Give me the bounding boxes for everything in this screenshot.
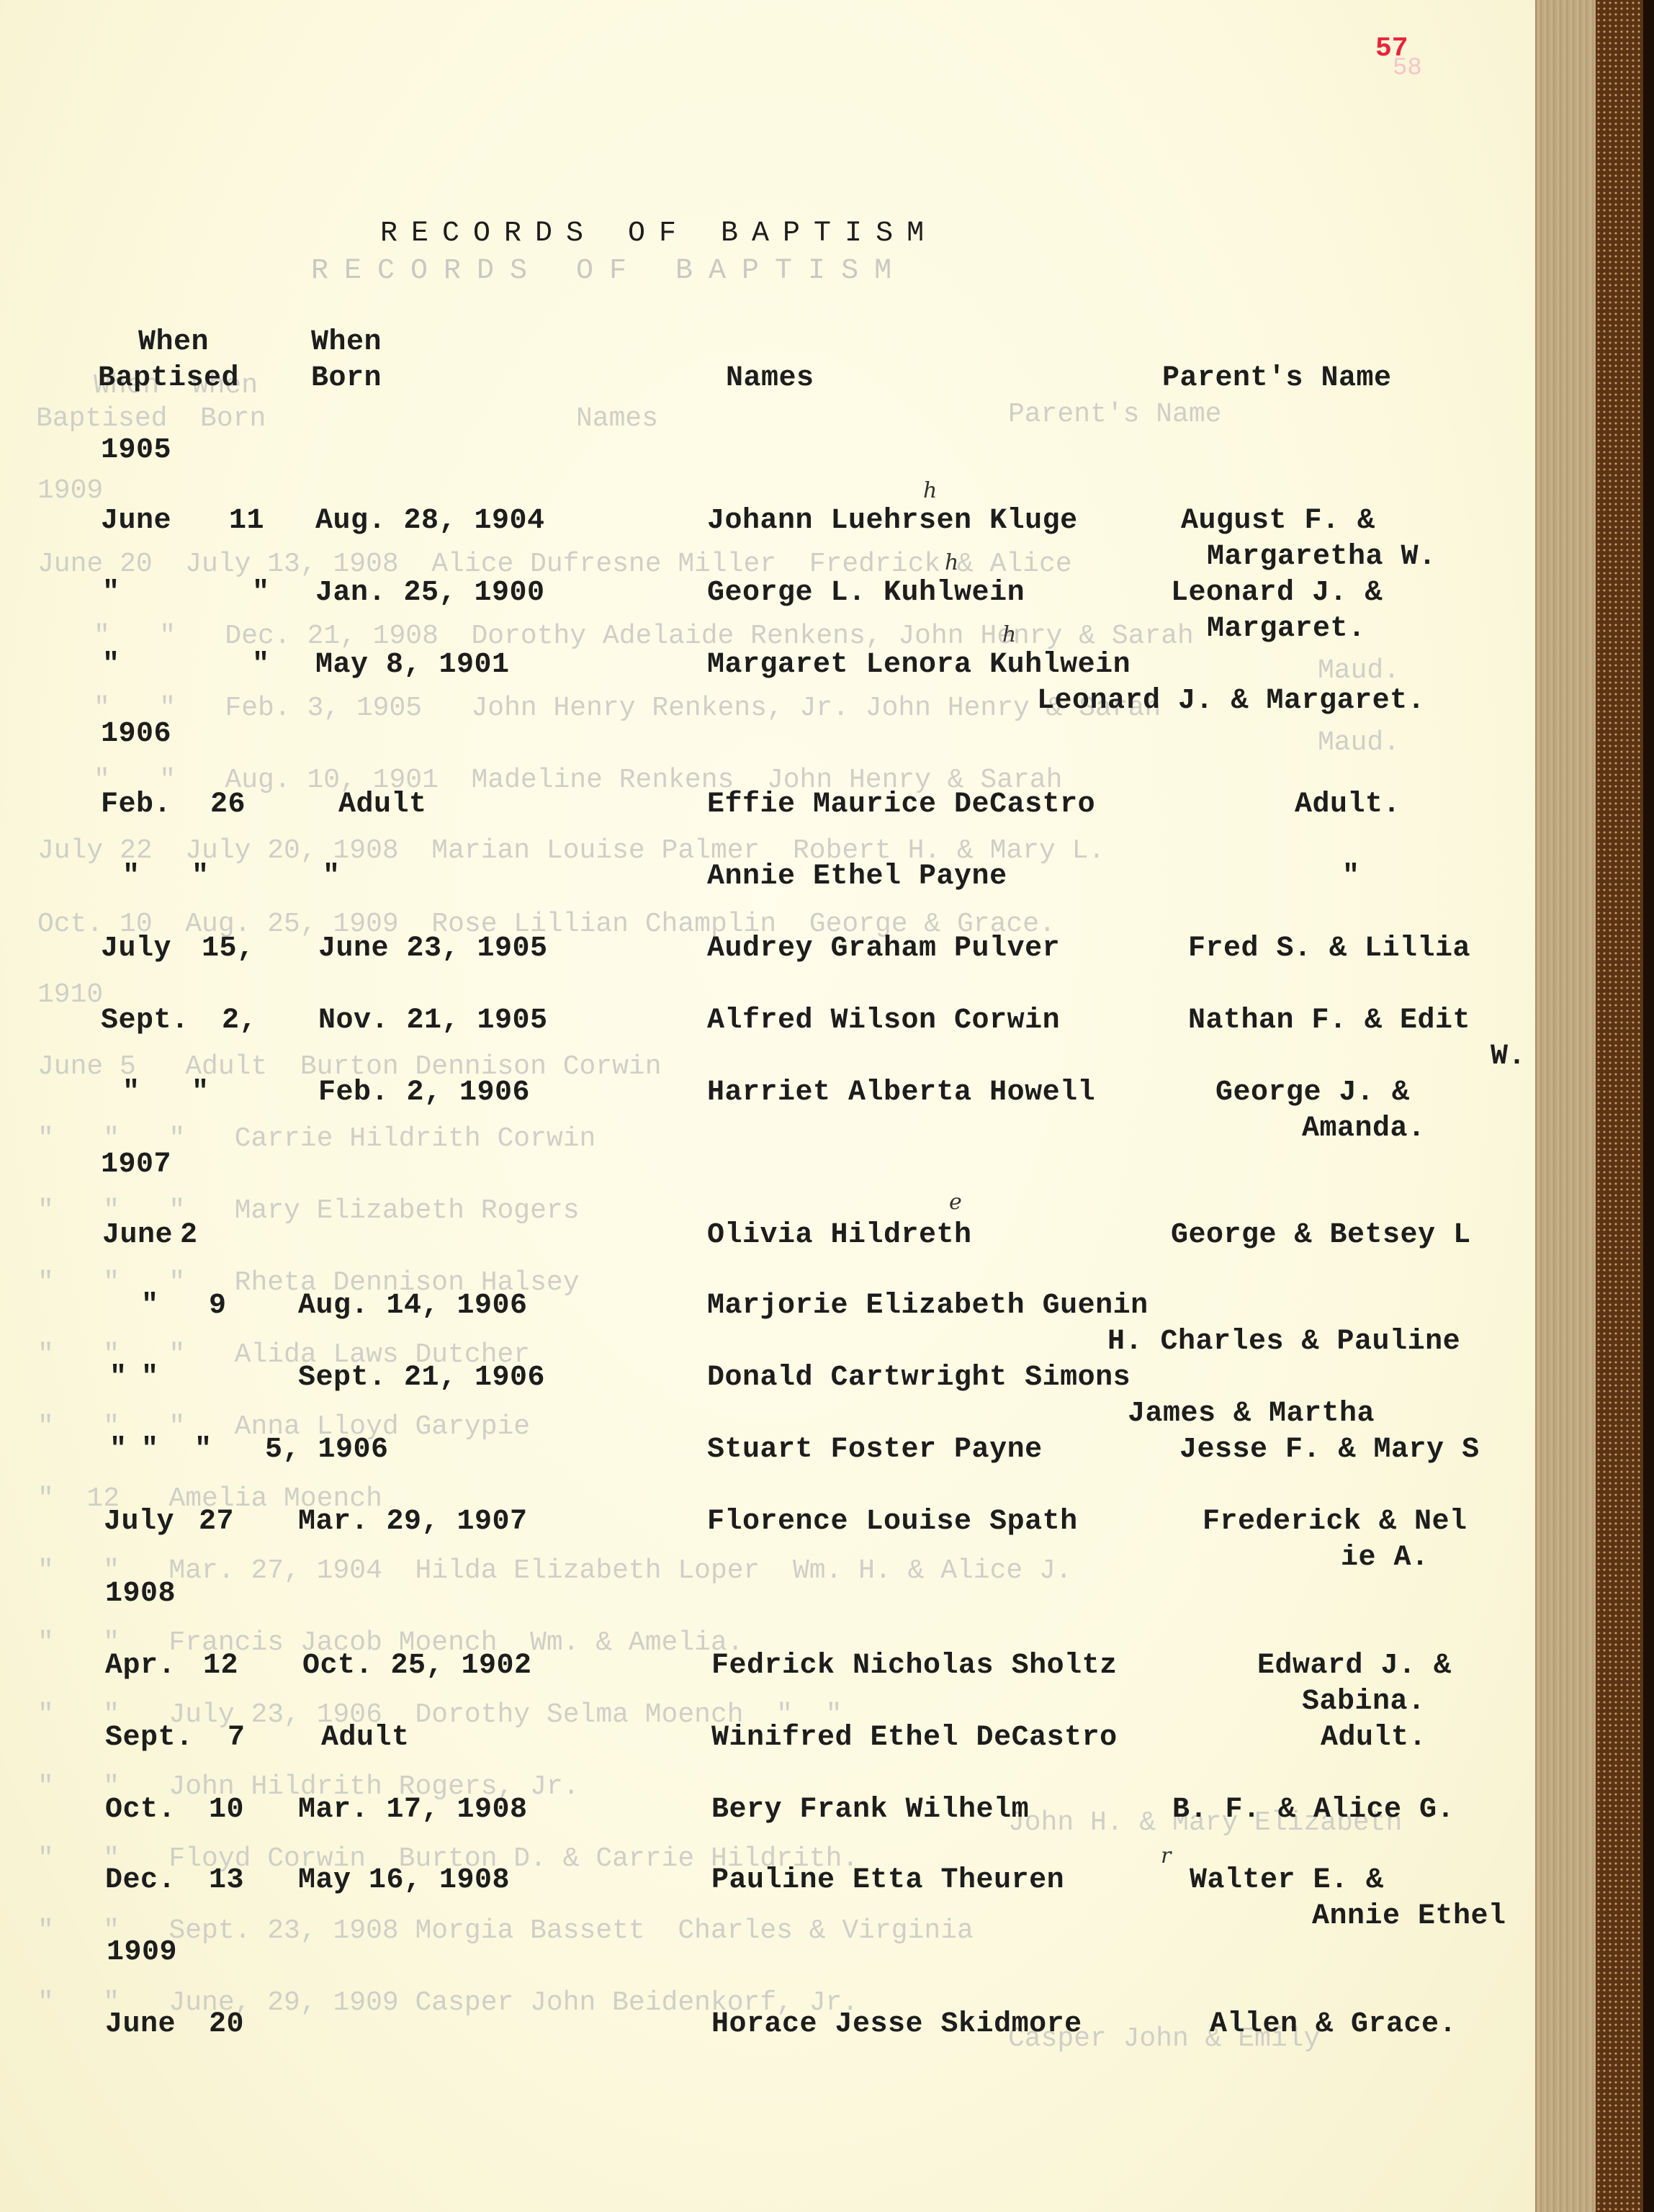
record-parents: Sabina.	[1302, 1685, 1426, 1719]
record-baptised-day: 15,	[202, 932, 255, 966]
record-baptised-month: Apr.	[105, 1649, 176, 1683]
page-title: RECORDS OF BAPTISM	[380, 217, 938, 250]
handwritten-correction: e	[949, 1190, 962, 1215]
record-parents: ie A.	[1341, 1541, 1429, 1575]
record-parents: "	[1342, 860, 1360, 894]
bleed-page-number: 58	[1393, 55, 1422, 82]
record-born: " 5, 1906	[194, 1433, 389, 1467]
record-parents: Margaretha W.	[1207, 540, 1437, 575]
year-heading: 1908	[105, 1577, 176, 1611]
header-names: Names	[726, 361, 814, 396]
header-when-born-1: When	[311, 325, 382, 360]
header-when-baptised-1: When	[138, 325, 209, 360]
record-parents: Allen & Grace.	[1210, 2008, 1457, 2042]
record-baptised-day: "	[192, 860, 210, 894]
bleed-line: Maud.	[1318, 727, 1400, 759]
record-born: Mar. 17, 1908	[298, 1793, 528, 1827]
record-parents: Adult.	[1295, 788, 1401, 822]
record-baptised-day: "	[252, 576, 270, 611]
record-name: Stuart Foster Payne	[707, 1433, 1043, 1467]
record-baptised-month: Feb.	[101, 788, 171, 822]
header-when-baptised-2: Baptised	[98, 361, 239, 396]
record-baptised-month: "	[102, 648, 120, 683]
record-baptised-day: 7	[228, 1721, 246, 1755]
record-born: Adult	[338, 788, 427, 822]
record-baptised-day: 2	[180, 1218, 198, 1253]
book-binding	[1596, 0, 1643, 2212]
bleed-line: " " Feb. 3, 1905 John Henry Renkens, Jr.…	[94, 693, 1161, 724]
record-born: Aug. 28, 1904	[315, 504, 545, 539]
record-parents: Fred S. & Lillia	[1188, 932, 1470, 966]
record-parents: W.	[1491, 1040, 1526, 1074]
record-parents: Adult.	[1321, 1721, 1426, 1755]
record-name: Alfred Wilson Corwin	[707, 1004, 1060, 1038]
record-parents: George & Betsey L	[1171, 1218, 1471, 1253]
record-parents: August F. &	[1181, 504, 1375, 539]
record-baptised-day: 2,	[222, 1004, 257, 1038]
record-parents: Margaret.	[1207, 612, 1366, 647]
record-parents: George J. &	[1215, 1076, 1410, 1110]
record-baptised-month: "	[109, 1433, 127, 1467]
record-baptised-day: 11	[229, 504, 264, 539]
record-baptised-month: July	[101, 932, 171, 966]
year-heading: 1907	[101, 1148, 171, 1182]
record-name: Bery Frank Wilhelm	[711, 1793, 1029, 1827]
record-parents: James & Martha	[1128, 1397, 1375, 1431]
record-baptised-month: Sept.	[101, 1004, 189, 1038]
record-parents: Annie Ethel	[1312, 1899, 1506, 1934]
bleed-header-2: Baptised Born	[36, 403, 266, 435]
record-parents: Edward J. &	[1257, 1649, 1452, 1683]
page-edge-strip	[1535, 0, 1597, 2212]
record-baptised-day: 20	[209, 2008, 244, 2042]
record-parents: Walter E. &	[1190, 1863, 1384, 1898]
record-baptised-month: "	[109, 1361, 127, 1395]
record-born: Nov. 21, 1905	[318, 1004, 548, 1038]
record-name: Olivia Hildreth	[707, 1218, 972, 1253]
record-parents: Leonard J. & Margaret.	[1037, 684, 1425, 719]
record-parents: H. Charles & Pauline	[1107, 1325, 1460, 1359]
handwritten-correction: r	[1161, 1843, 1171, 1869]
record-name: Harriet Alberta Howell	[707, 1076, 1095, 1110]
record-baptised-day: 10	[209, 1793, 244, 1827]
record-born: Oct. 25, 1902	[302, 1649, 532, 1683]
record-born: Feb. 2, 1906	[318, 1076, 530, 1110]
record-name: Effie Maurice DeCastro	[707, 788, 1095, 822]
record-baptised-month: Dec.	[105, 1863, 176, 1898]
record-baptised-day: "	[252, 648, 270, 683]
record-baptised-day: 26	[210, 788, 246, 822]
record-born: Adult	[321, 1721, 410, 1755]
record-name: Florence Louise Spath	[707, 1505, 1078, 1539]
year-heading: 1905	[101, 433, 171, 468]
year-heading: 1906	[101, 717, 171, 752]
record-parents: B. F. & Alice G.	[1172, 1793, 1455, 1827]
record-born: Sept. 21, 1906	[298, 1361, 545, 1395]
record-born: May 8, 1901	[315, 648, 510, 683]
record-parents: Amanda.	[1302, 1112, 1426, 1146]
record-born: May 16, 1908	[298, 1863, 510, 1898]
bleed-line: 1909	[37, 475, 103, 507]
bleed-line: Maud.	[1318, 655, 1400, 687]
record-baptised-day: "	[192, 1076, 210, 1110]
record-name: George L. Kuhlwein	[707, 576, 1025, 611]
record-baptised-month: "	[122, 1076, 140, 1110]
record-baptised-month: "	[141, 1289, 159, 1323]
binding-edge	[1643, 0, 1654, 2212]
record-baptised-month: June	[101, 504, 171, 539]
record-baptised-day: 27	[199, 1505, 234, 1539]
bleed-header-4: Parent's Name	[1008, 399, 1221, 431]
record-born: "	[323, 860, 341, 894]
record-parents: Frederick & Nel	[1203, 1505, 1468, 1539]
record-baptised-day: 9	[209, 1289, 227, 1323]
record-born: Mar. 29, 1907	[298, 1505, 528, 1539]
record-name: Horace Jesse Skidmore	[711, 2008, 1082, 2042]
record-baptised-day: "	[141, 1433, 159, 1467]
record-baptised-day: "	[141, 1361, 159, 1395]
bleed-header-3: Names	[576, 403, 658, 435]
record-name: Marjorie Elizabeth Guenin	[707, 1289, 1149, 1323]
record-name: Fedrick Nicholas Sholtz	[711, 1649, 1118, 1683]
record-baptised-month: "	[102, 576, 120, 611]
record-name: Winifred Ethel DeCastro	[711, 1721, 1118, 1755]
record-parents: Nathan F. & Edit	[1188, 1004, 1470, 1038]
record-name: Annie Ethel Payne	[707, 860, 1007, 894]
record-born: June 23, 1905	[318, 932, 548, 966]
record-baptised-day: 12	[203, 1649, 238, 1683]
bleed-line: " " Sept. 23, 1908 Morgia Bassett Charle…	[37, 1915, 974, 1947]
record-baptised-month: June	[105, 2008, 176, 2042]
record-name: Audrey Graham Pulver	[707, 932, 1060, 966]
record-born: Jan. 25, 1900	[315, 576, 545, 611]
record-baptised-month: Sept.	[105, 1721, 194, 1755]
handwritten-correction: h	[945, 550, 958, 575]
header-parents-name: Parent's Name	[1162, 361, 1392, 396]
record-baptised-month: June	[102, 1218, 173, 1253]
record-parents: Leonard J. &	[1171, 576, 1383, 611]
record-name: Donald Cartwright Simons	[707, 1361, 1131, 1395]
handwritten-correction: h	[1002, 622, 1016, 647]
record-baptised-month: "	[122, 860, 140, 894]
header-when-born-2: Born	[311, 361, 382, 396]
record-born: Aug. 14, 1906	[298, 1289, 528, 1323]
record-baptised-month: Oct.	[105, 1793, 176, 1827]
year-heading: 1909	[107, 1935, 177, 1970]
handwritten-correction: h	[923, 478, 937, 503]
record-name: Johann Luehrsen Kluge	[707, 504, 1078, 539]
record-parents: Jesse F. & Mary S	[1179, 1433, 1480, 1467]
record-baptised-month: July	[104, 1505, 174, 1539]
bleed-title: RECORDS OF BAPTISM	[311, 255, 907, 287]
record-name: Margaret Lenora Kuhlwein	[707, 648, 1131, 683]
record-baptised-day: 13	[209, 1863, 244, 1898]
bleed-line: 1910	[37, 979, 103, 1011]
bleed-line: " " Mar. 27, 1904 Hilda Elizabeth Loper …	[37, 1555, 1072, 1587]
record-name: Pauline Etta Theuren	[711, 1863, 1064, 1898]
